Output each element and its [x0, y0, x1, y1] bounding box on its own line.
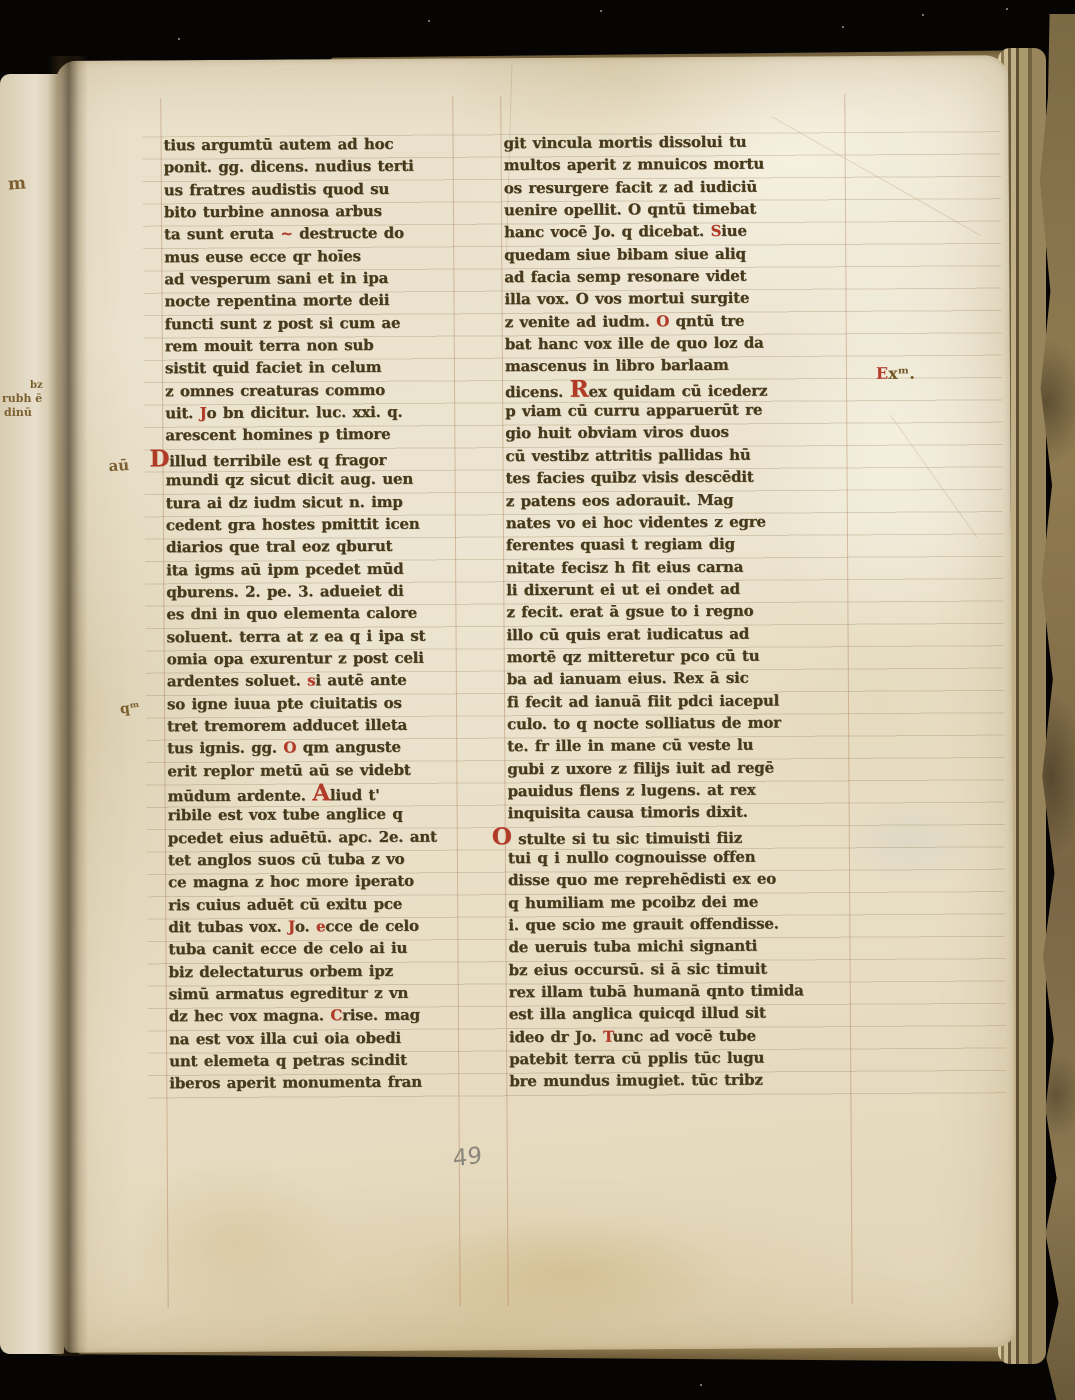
manuscript-line: tet anglos suos cū tuba z vo	[168, 847, 470, 871]
manuscript-line: ideo dr Jo. Tunc ad vocē tube	[509, 1024, 857, 1048]
manuscript-text: sistit quid faciet in celum	[165, 358, 382, 377]
manuscript-line: nocte repentina morte deii	[164, 289, 466, 313]
manuscript-line: biz delectaturus orbem ipz	[169, 959, 471, 983]
manuscript-line: nates vo ei hoc videntes z egre	[506, 510, 854, 534]
manuscript-line: functi sunt z post si cum ae	[165, 311, 467, 335]
manuscript-text: simū armatus egreditur z vn	[169, 984, 409, 1003]
manuscript-line: ce magna z hoc more iperato	[168, 870, 470, 894]
folio-number: 49	[452, 1143, 482, 1173]
manuscript-text: uenire opellit. O qntū timebat	[504, 200, 756, 220]
manuscript-text: qm anguste	[296, 738, 401, 757]
manuscript-line: cū vestibz attritis pallidas hū	[505, 443, 853, 467]
manuscript-text: p viam cū curru apparuerūt re	[505, 401, 762, 421]
manuscript-text: z venite ad iudm.	[505, 312, 657, 331]
manuscript-text: iberos aperit monumenta fran	[169, 1073, 422, 1093]
manuscript-line: z fecit. erat ā gsue to i regno	[506, 599, 854, 623]
manuscript-line: tuba canit ecce de celo ai iu	[168, 937, 470, 961]
manuscript-line: soluent. terra at z ea q i ipa st	[167, 624, 469, 648]
manuscript-text: ferentes quasi t regiam dig	[506, 535, 735, 554]
manuscript-text: o bn dicitur. luc. xxi. q.	[207, 403, 403, 422]
manuscript-text: cū vestibz attritis pallidas hū	[505, 445, 750, 464]
manuscript-line: git vincula mortis dissolui tu	[504, 130, 852, 154]
dust-speck	[922, 14, 924, 16]
manuscript-text: iue	[721, 222, 747, 240]
margin-note-exemplum: Exᵐ.	[876, 364, 915, 383]
manuscript-text: tes facies quibz visis descēdit	[506, 468, 754, 488]
manuscript-line: tret tremorem adducet illeta	[167, 713, 469, 737]
manuscript-line: rex illam tubā humanā qnto timida	[509, 979, 857, 1003]
manuscript-line: gubi z uxore z filijs iuit ad regē	[507, 756, 855, 780]
manuscript-line: ba ad ianuam eius. Rex ā sic	[507, 666, 855, 690]
manuscript-line: nitate fecisz h fit eius carna	[506, 555, 854, 579]
dust-speck	[178, 38, 180, 40]
manuscript-text: dit tubas vox.	[168, 918, 288, 937]
manuscript-line: us fratres audistis quod su	[164, 177, 466, 201]
manuscript-text: na est vox illa cui oia obedi	[169, 1029, 401, 1048]
manuscript-text: biz delectaturus orbem ipz	[169, 962, 393, 981]
manuscript-line: ad vesperum sani et in ipa	[164, 266, 466, 290]
manuscript-text: mus euse ecce qr hoīes	[164, 247, 361, 266]
rubricated-text: s	[307, 672, 315, 690]
manuscript-line: disse quo me reprehēdisti ex eo	[508, 867, 856, 891]
manuscript-line: p viam cū curru apparuerūt re	[505, 398, 853, 422]
manuscript-line: mus euse ecce qr hoīes	[164, 244, 466, 268]
manuscript-line: mortē qz mitteretur pco cū tu	[507, 644, 855, 668]
manuscript-text: ad vesperum sani et in ipa	[164, 269, 388, 288]
manuscript-text: gubi z uxore z filijs iuit ad regē	[507, 758, 774, 778]
manuscript-text: li dixerunt ei ut ei ondet ad	[506, 580, 740, 599]
parchment-crease	[890, 415, 978, 538]
manuscript-line: fi fecit ad ianuā fiit pdci iacepul	[507, 689, 855, 713]
manuscript-text: es dni in quo elementa calore	[166, 604, 417, 624]
bleed-through-mark	[841, 795, 982, 886]
manuscript-text: os resurgere facit z ad iudiciū	[504, 177, 757, 197]
manuscript-text: tius argumtū autem ad hoc	[164, 135, 394, 154]
manuscript-text: disse quo me reprehēdisti ex eo	[508, 870, 776, 890]
manuscript-line: na est vox illa cui oia obedi	[169, 1026, 471, 1050]
manuscript-line: z omnes creaturas commo	[165, 378, 467, 402]
manuscript-text: te. fr ille in mane cū veste lu	[507, 736, 753, 756]
rubricated-text: O	[656, 312, 669, 330]
manuscript-text: tus ignis. gg.	[167, 739, 283, 758]
manuscript-line: ita igms aū ipm pcedet mūd	[166, 557, 468, 581]
dust-speck	[600, 10, 602, 12]
manuscript-line: tius argumtū autem ad hoc	[164, 132, 466, 156]
manuscript-text: ris cuius aduēt cū exitu pce	[168, 895, 402, 914]
dust-speck	[842, 26, 844, 28]
manuscript-line: gio huit obviam viros duos	[505, 421, 853, 445]
manuscript-line: iberos aperit monumenta fran	[169, 1071, 471, 1095]
manuscript-line: inquisita causa timoris dixit.	[508, 800, 856, 824]
facing-page-fragment: bz	[30, 380, 43, 391]
rubricated-text: A	[312, 779, 330, 806]
rubricated-text: D	[149, 445, 169, 472]
manuscript-text: fi fecit ad ianuā fiit pdci iacepul	[507, 691, 779, 711]
manuscript-line: simū armatus egreditur z vn	[169, 981, 471, 1005]
manuscript-text: z patens eos adorauit. Mag	[506, 490, 734, 509]
manuscript-text: ta sunt eruta	[164, 225, 280, 244]
manuscript-text: nates vo ei hoc videntes z egre	[506, 512, 766, 532]
manuscript-text: hanc vocē Jo. q dicebat.	[504, 222, 711, 241]
manuscript-text: tret tremorem adducet illeta	[167, 716, 407, 735]
manuscript-line: hanc vocē Jo. q dicebat. Siue	[504, 219, 852, 243]
manuscript-line: tes facies quibz visis descēdit	[506, 465, 854, 489]
rubricated-text: C	[330, 1007, 342, 1025]
manuscript-line: omia opa exurentur z post celi	[167, 646, 469, 670]
text-column-left: tius argumtū autem ad hocponit. gg. dice…	[164, 132, 472, 1095]
manuscript-text: ce magna z hoc more iperato	[168, 872, 414, 892]
manuscript-text: ad facia semp resonare videt	[504, 267, 746, 286]
rubricated-text: T	[603, 1027, 613, 1045]
parchment-stain	[123, 1159, 344, 1320]
manuscript-text: tuba canit ecce de celo ai iu	[168, 939, 407, 958]
rubricated-text: S	[711, 222, 722, 240]
manuscript-text: cce de celo	[325, 917, 419, 936]
manuscript-text: dicens.	[505, 383, 570, 401]
manuscript-text: tura ai dz iudm sicut n. imp	[166, 492, 403, 511]
manuscript-line: patebit terra cū pplis tūc lugu	[509, 1046, 857, 1070]
manuscript-line: rem mouit terra non sub	[165, 334, 467, 358]
manuscript-photo: m bz rubh ē dinū tius argumtū autem ad h…	[0, 0, 1075, 1400]
manuscript-text: soluent. terra at z ea q i ipa st	[167, 626, 426, 646]
manuscript-line: uit. Jo bn dicitur. luc. xxi. q.	[165, 401, 467, 425]
manuscript-text: z fecit. erat ā gsue to i regno	[506, 602, 753, 622]
manuscript-line: es dni in quo elementa calore	[166, 602, 468, 626]
manuscript-line: ribile est vox tube anglice q	[168, 803, 470, 827]
manuscript-text: culo. to q nocte solliatus de mor	[507, 713, 781, 733]
manuscript-text: nitate fecisz h fit eius carna	[506, 557, 743, 576]
manuscript-text: omia opa exurentur z post celi	[167, 649, 424, 669]
manuscript-line: tui q i nullo cognouisse offen	[508, 845, 856, 869]
manuscript-text: illo cū quis erat iudicatus ad	[507, 624, 750, 643]
manuscript-text: o.	[295, 917, 316, 935]
manuscript-line: i. que scio me grauit offendisse.	[508, 912, 856, 936]
facing-page-fragment: m	[7, 173, 26, 194]
manuscript-text: pauidus flens z lugens. at rex	[507, 781, 755, 801]
manuscript-text: illa vox. O vos mortui surgite	[504, 289, 749, 308]
manuscript-text: git vincula mortis dissolui tu	[504, 133, 747, 152]
manuscript-text: erit replor metū aū se videbt	[167, 760, 410, 779]
manuscript-text: mortē qz mitteretur pco cū tu	[507, 647, 760, 667]
manuscript-line: dit tubas vox. Jo. ecce de celo	[168, 914, 470, 938]
margin-note-left-lower: qᵐ	[119, 699, 141, 717]
manuscript-text: liud t'	[330, 786, 380, 804]
manuscript-line: qburens. 2. pe. 3. adueiet di	[166, 579, 468, 603]
manuscript-text: rem mouit terra non sub	[165, 336, 374, 355]
manuscript-line: mascenus in libro barlaam	[505, 353, 853, 377]
manuscript-line: z patens eos adorauit. Mag	[506, 488, 854, 512]
text-column-right: git vincula mortis dissolui tumultos ape…	[504, 130, 858, 1093]
manuscript-line: pauidus flens z lugens. at rex	[507, 778, 855, 802]
manuscript-line: tus ignis. gg. O qm anguste	[167, 736, 469, 760]
dust-speck	[1006, 8, 1008, 10]
manuscript-text: us fratres audistis quod su	[164, 180, 389, 199]
manuscript-text: i autē ante	[315, 671, 406, 690]
manuscript-text: dz hec vox magna.	[169, 1007, 331, 1026]
manuscript-text: q humiliam me pcoibz dei me	[508, 892, 758, 912]
manuscript-text: tet anglos suos cū tuba z vo	[168, 850, 405, 869]
rubricated-text: O	[283, 739, 296, 757]
manuscript-line: O stulte si tu sic timuisti fiiz	[508, 823, 856, 847]
manuscript-text: uit.	[165, 404, 200, 422]
manuscript-text: inquisita causa timoris dixit.	[508, 803, 748, 822]
manuscript-line: dicens. Rex quidam cū icederz	[505, 376, 853, 400]
manuscript-line: pcedet eius aduētū. apc. 2e. ant	[168, 825, 470, 849]
manuscript-text: bre mundus imugiet. tūc tribz	[509, 1071, 763, 1091]
manuscript-text: functi sunt z post si cum ae	[165, 314, 401, 333]
manuscript-line: illo cū quis erat iudicatus ad	[507, 622, 855, 646]
manuscript-line: multos aperit z mnuicos mortu	[504, 152, 852, 176]
manuscript-line: de ueruis tuba michi signanti	[508, 934, 856, 958]
manuscript-text: nocte repentina morte deii	[164, 291, 389, 310]
manuscript-text: pcedet eius aduētū. apc. 2e. ant	[168, 827, 437, 847]
rubricated-text: R	[570, 375, 589, 402]
manuscript-text: rise. mag	[342, 1006, 420, 1024]
manuscript-text: destructe do	[293, 224, 404, 243]
manuscript-line: te. fr ille in mane cū veste lu	[507, 733, 855, 757]
manuscript-line: mundi qz sicut dicit aug. uen	[166, 468, 468, 492]
manuscript-line: os resurgere facit z ad iudiciū	[504, 175, 852, 199]
manuscript-text: mundi qz sicut dicit aug. uen	[166, 470, 414, 490]
manuscript-text: bito turbine annosa arbus	[164, 202, 382, 221]
rubricated-text: O	[492, 823, 512, 850]
manuscript-text: ideo dr Jo.	[509, 1027, 603, 1046]
manuscript-line: uenire opellit. O qntū timebat	[504, 197, 852, 221]
manuscript-text: ex quidam cū icederz	[589, 381, 768, 400]
manuscript-text: tui q i nullo cognouisse offen	[508, 848, 756, 868]
manuscript-text: cedent gra hostes pmittit icen	[166, 515, 420, 535]
manuscript-line: dz hec vox magna. Crise. mag	[169, 1004, 471, 1028]
manuscript-text: mascenus in libro barlaam	[505, 356, 729, 375]
manuscript-text: so igne iuua pte ciuitatis os	[167, 693, 402, 712]
manuscript-line: z venite ad iudm. O qntū tre	[505, 309, 853, 333]
manuscript-text: qburens. 2. pe. 3. adueiet di	[166, 582, 403, 601]
manuscript-line: ferentes quasi t regiam dig	[506, 532, 854, 556]
manuscript-text: bz eius occursū. si ā sic timuit	[509, 959, 767, 979]
manuscript-text: diarios que tral eoz qburut	[166, 537, 392, 556]
facing-page-fragment: rubh ē	[2, 392, 42, 405]
rubricated-text: ~	[280, 225, 292, 243]
manuscript-line: arescent homines p timore	[165, 423, 467, 447]
parchment-stain	[403, 1217, 734, 1329]
manuscript-text: quedam siue bibam siue aliq	[504, 244, 746, 263]
rubricated-text: e	[316, 917, 325, 935]
manuscript-text: unc ad vocē tube	[613, 1026, 756, 1045]
manuscript-line: quedam siue bibam siue aliq	[504, 242, 852, 266]
manuscript-line: illa vox. O vos mortui surgite	[504, 286, 852, 310]
manuscript-text: ardentes soluet.	[167, 672, 307, 691]
manuscript-line: ad facia semp resonare videt	[504, 264, 852, 288]
manuscript-text: de ueruis tuba michi signanti	[508, 937, 757, 957]
manuscript-text: patebit terra cū pplis tūc lugu	[509, 1049, 764, 1069]
manuscript-line: bat hanc vox ille de quo loz da	[505, 331, 853, 355]
manuscript-line: culo. to q nocte solliatus de mor	[507, 711, 855, 735]
manuscript-line: unt elemeta q petras scindit	[169, 1048, 471, 1072]
manuscript-line: sistit quid faciet in celum	[165, 356, 467, 380]
manuscript-text: bat hanc vox ille de quo loz da	[505, 334, 764, 354]
manuscript-text: ba ad ianuam eius. Rex ā sic	[507, 669, 749, 688]
manuscript-text: i. que scio me grauit offendisse.	[508, 915, 779, 935]
manuscript-text: arescent homines p timore	[165, 425, 390, 444]
manuscript-text: z omnes creaturas commo	[165, 381, 385, 400]
manuscript-line: ponit. gg. dicens. nudius terti	[164, 155, 466, 179]
manuscript-line: diarios que tral eoz qburut	[166, 535, 468, 559]
facing-page-sliver: m bz rubh ē dinū	[0, 74, 64, 1354]
manuscript-text: ita igms aū ipm pcedet mūd	[166, 559, 403, 578]
manuscript-line: ta sunt eruta ~ destructe do	[164, 222, 466, 246]
manuscript-text: unt elemeta q petras scindit	[169, 1051, 407, 1070]
manuscript-text: mūdum ardente.	[168, 786, 313, 805]
manuscript-text: ponit. gg. dicens. nudius terti	[164, 157, 414, 177]
manuscript-line: tura ai dz iudm sicut n. imp	[166, 490, 468, 514]
manuscript-line: cedent gra hostes pmittit icen	[166, 512, 468, 536]
manuscript-text: rex illam tubā humanā qnto timida	[509, 981, 804, 1001]
manuscript-text: illud terribile est q fragor	[169, 451, 386, 470]
margin-note-left-upper: aū	[108, 456, 130, 475]
manuscript-line: bito turbine annosa arbus	[164, 199, 466, 223]
manuscript-text: ribile est vox tube anglice q	[168, 805, 403, 824]
manuscript-text: est illa anglica quicqd illud sit	[509, 1004, 766, 1024]
manuscript-text: multos aperit z mnuicos mortu	[504, 155, 764, 175]
manuscript-line: bre mundus imugiet. tūc tribz	[509, 1068, 857, 1092]
manuscript-line: est illa anglica quicqd illud sit	[509, 1001, 857, 1025]
manuscript-line: q humiliam me pcoibz dei me	[508, 890, 856, 914]
manuscript-text: gio huit obviam viros duos	[505, 423, 729, 442]
manuscript-line: mūdum ardente. Aliud t'	[167, 780, 469, 804]
manuscript-line: Dillud terribile est q fragor	[165, 445, 467, 469]
manuscript-page: tius argumtū autem ad hocponit. gg. dice…	[56, 55, 1016, 1353]
dust-speck	[700, 1384, 702, 1386]
manuscript-line: ris cuius aduēt cū exitu pce	[168, 892, 470, 916]
manuscript-line: bz eius occursū. si ā sic timuit	[509, 957, 857, 981]
facing-page-fragment: dinū	[4, 406, 32, 419]
manuscript-text: qntū tre	[669, 311, 744, 329]
manuscript-text: stulte si tu sic timuisti fiiz	[512, 828, 742, 847]
manuscript-line: li dixerunt ei ut ei ondet ad	[506, 577, 854, 601]
dust-speck	[428, 20, 430, 22]
manuscript-line: ardentes soluet. si autē ante	[167, 669, 469, 693]
manuscript-line: so igne iuua pte ciuitatis os	[167, 691, 469, 715]
